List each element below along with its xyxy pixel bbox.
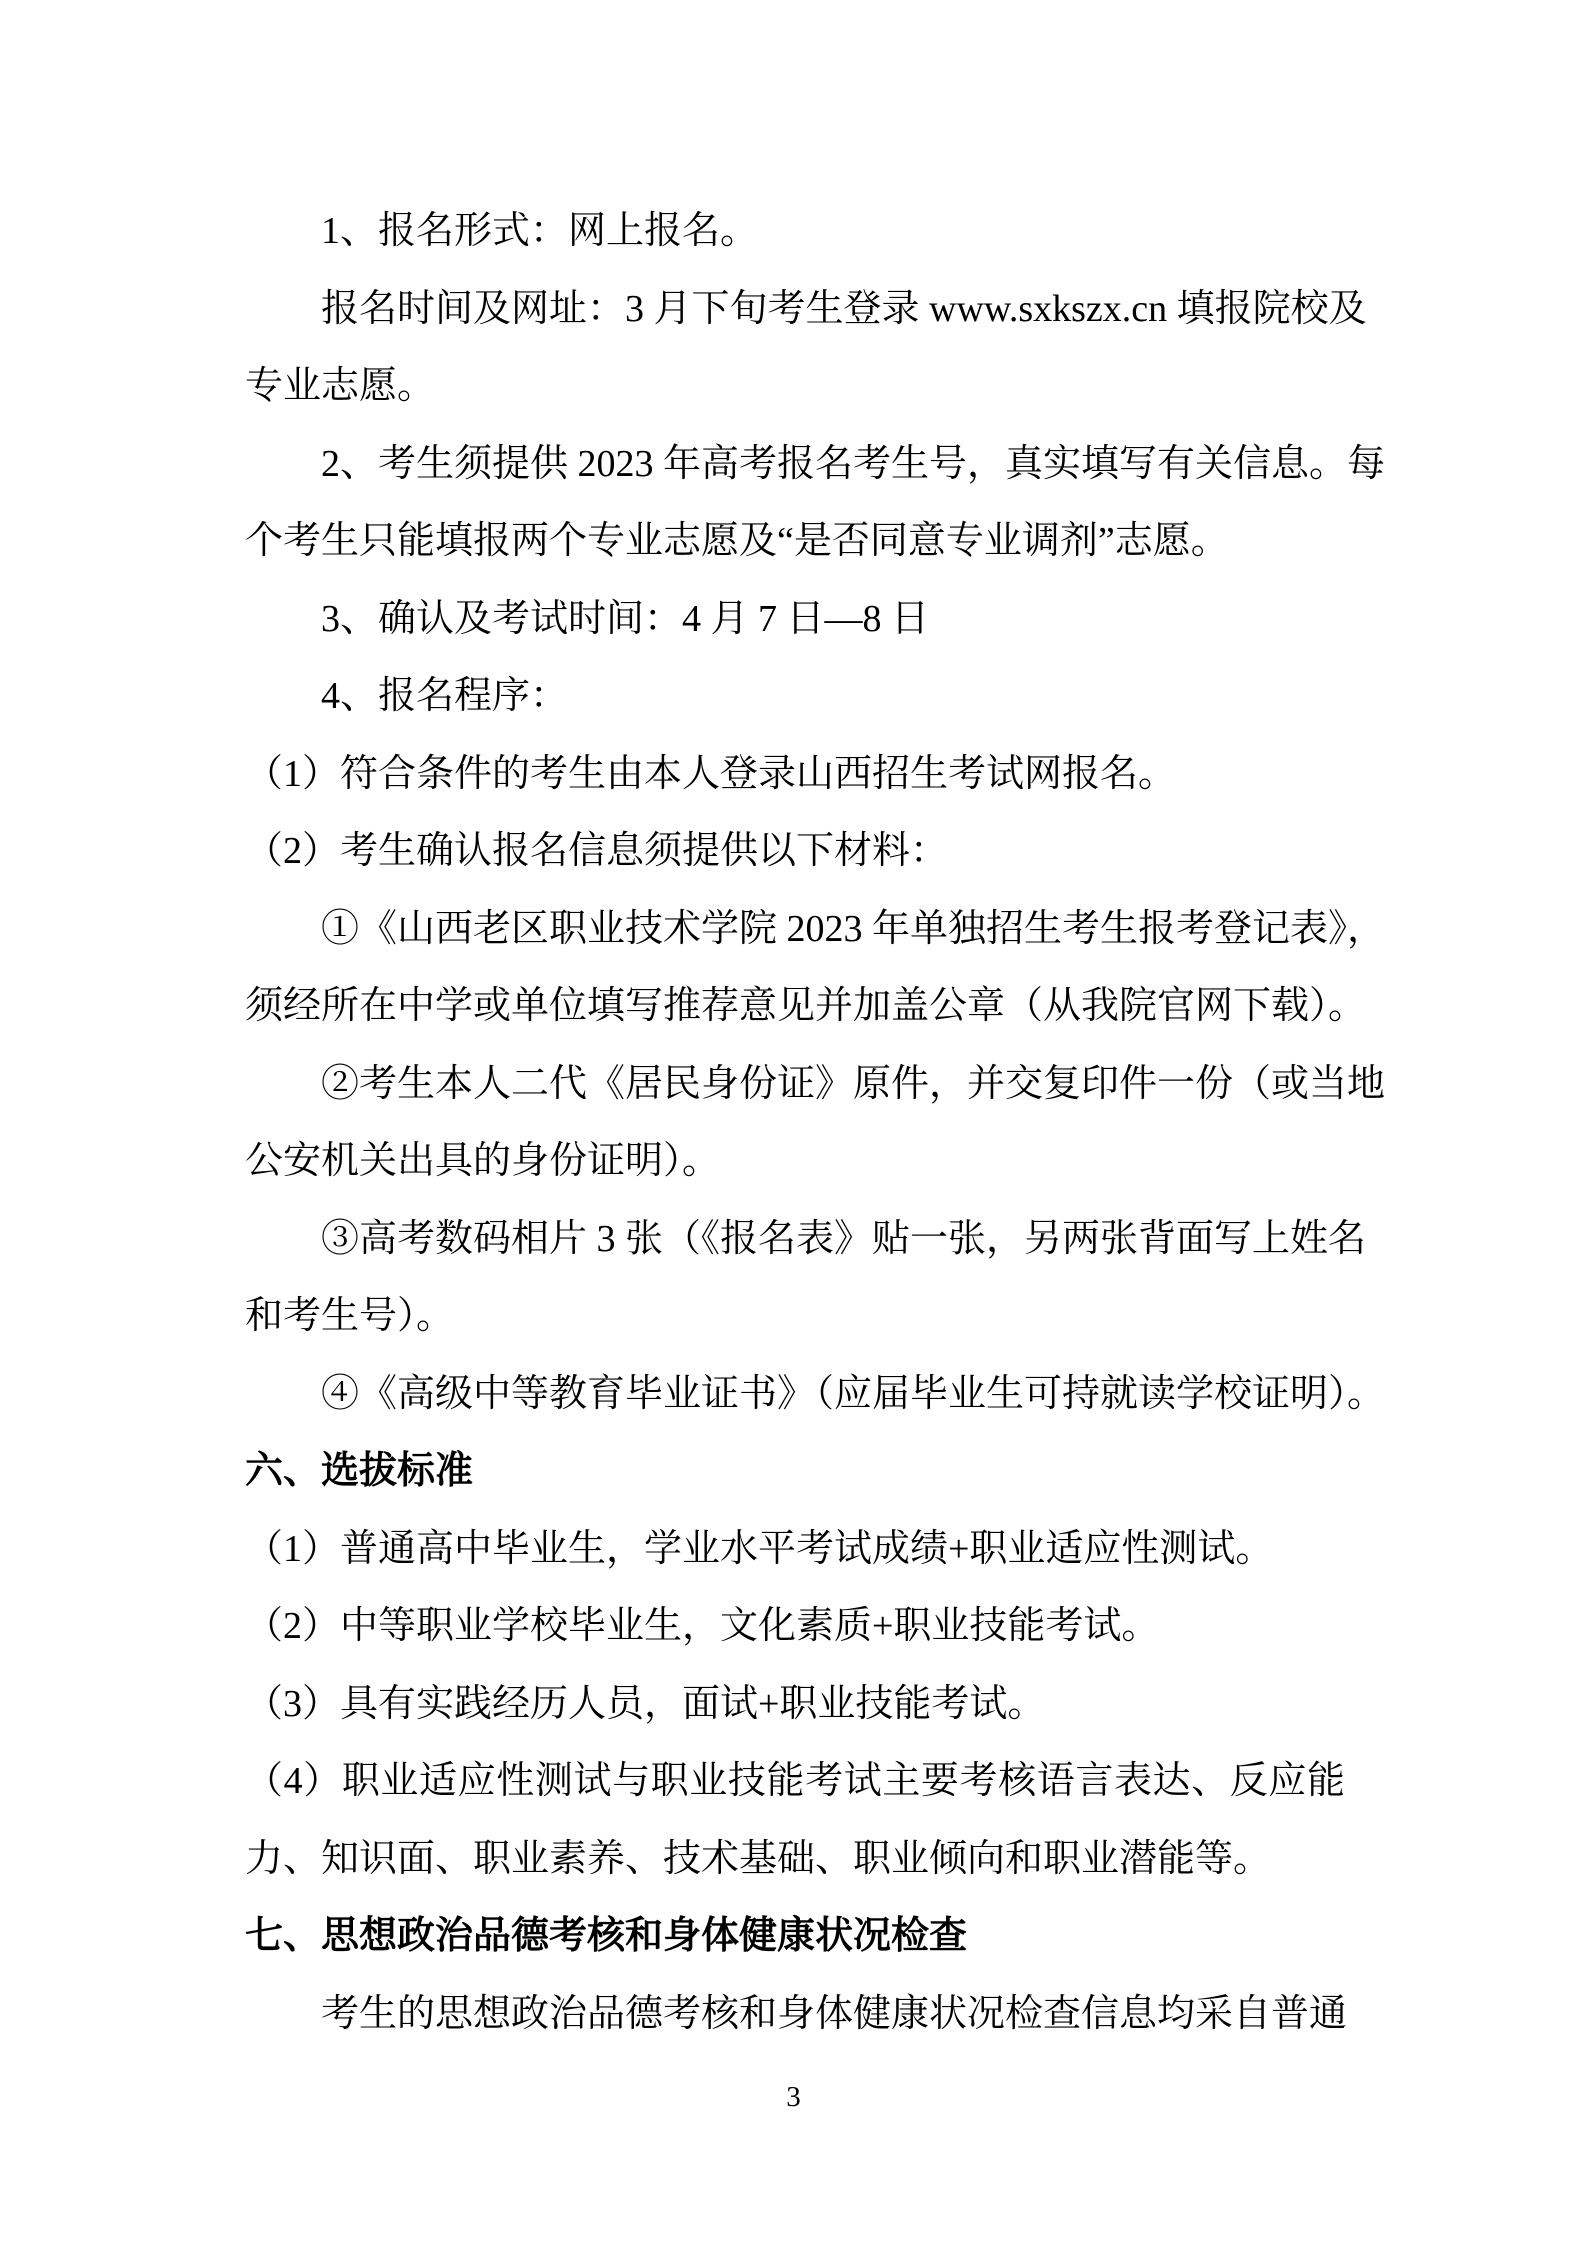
- text-line: 公安机关出具的身份证明）。: [245, 1123, 1345, 1201]
- text-line: 专业志愿。: [245, 348, 1345, 426]
- text-line: 2、考生须提供 2023 年高考报名考生号，真实填写有关信息。每: [245, 426, 1345, 504]
- text-line: ③高考数码相片 3 张（《报名表》贴一张，另两张背面写上姓名: [245, 1201, 1345, 1279]
- document-page: 1、报名形式：网上报名。报名时间及网址：3 月下旬考生登录 www.sxkszx…: [0, 0, 1587, 2245]
- text-line: （1）普通高中毕业生，学业水平考试成绩+职业适应性测试。: [245, 1511, 1345, 1589]
- text-line: （1）符合条件的考生由本人登录山西招生考试网报名。: [245, 736, 1345, 814]
- document-body: 1、报名形式：网上报名。报名时间及网址：3 月下旬考生登录 www.sxkszx…: [245, 193, 1345, 2053]
- text-line: （3）具有实践经历人员，面试+职业技能考试。: [245, 1666, 1345, 1744]
- text-line: 个考生只能填报两个专业志愿及“是否同意专业调剂”志愿。: [245, 503, 1345, 581]
- text-line: 须经所在中学或单位填写推荐意见并加盖公章（从我院官网下载）。: [245, 968, 1345, 1046]
- text-line: 3、确认及考试时间：4 月 7 日—8 日: [245, 581, 1345, 659]
- text-line: （2）考生确认报名信息须提供以下材料：: [245, 813, 1345, 891]
- text-line: ④《高级中等教育毕业证书》（应届毕业生可持就读学校证明）。: [245, 1356, 1345, 1434]
- text-line: 4、报名程序：: [245, 658, 1345, 736]
- page-number: 3: [0, 2072, 1587, 2122]
- text-line: 1、报名形式：网上报名。: [245, 193, 1345, 271]
- text-line: ②考生本人二代《居民身份证》原件，并交复印件一份（或当地: [245, 1046, 1345, 1124]
- text-line: （4）职业适应性测试与职业技能考试主要考核语言表达、反应能: [245, 1743, 1345, 1821]
- text-line: 考生的思想政治品德考核和身体健康状况检查信息均采自普通: [245, 1976, 1345, 2054]
- text-line: 七、思想政治品德考核和身体健康状况检查: [245, 1898, 1345, 1976]
- text-line: （2）中等职业学校毕业生，文化素质+职业技能考试。: [245, 1588, 1345, 1666]
- text-line: 六、选拔标准: [245, 1433, 1345, 1511]
- text-line: 和考生号）。: [245, 1278, 1345, 1356]
- text-line: ①《山西老区职业技术学院 2023 年单独招生考生报考登记表》，: [245, 891, 1345, 969]
- text-line: 力、知识面、职业素养、技术基础、职业倾向和职业潜能等。: [245, 1821, 1345, 1899]
- text-line: 报名时间及网址：3 月下旬考生登录 www.sxkszx.cn 填报院校及: [245, 271, 1345, 349]
